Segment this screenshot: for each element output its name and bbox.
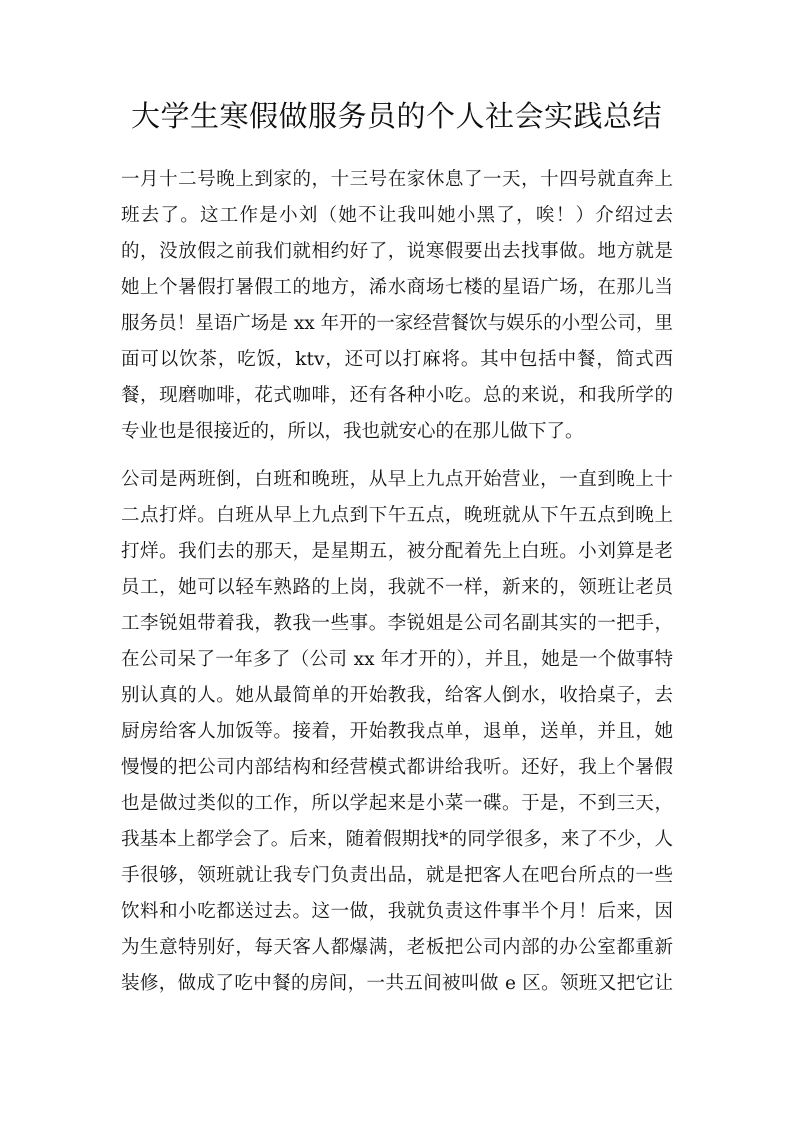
- text-line: 餐，现磨咖啡，花式咖啡，还有各种小吃。总的来说，和我所学的: [121, 378, 673, 414]
- text-line: 公司是两班倒，白班和晚班，从早上九点开始营业，一直到晚上十: [121, 462, 673, 498]
- text-line: 为生意特别好，每天客人都爆满，老板把公司内部的办公室都重新: [121, 930, 673, 966]
- text-line: 专业也是很接近的，所以，我也就安心的在那儿做下了。: [121, 414, 673, 450]
- text-line: 也是做过类似的工作，所以学起来是小菜一碟。于是，不到三天，: [121, 786, 673, 822]
- text-line: 工李锐姐带着我，教我一些事。李锐姐是公司名副其实的一把手，: [121, 606, 673, 642]
- text-line: 装修，做成了吃中餐的房间，一共五间被叫做 e 区。领班又把它让: [121, 966, 673, 1002]
- text-line: 打烊。我们去的那天，是星期五，被分配着先上白班。小刘算是老: [121, 534, 673, 570]
- text-line: 在公司呆了一年多了（公司 xx 年才开的），并且，她是一个做事特: [121, 642, 673, 678]
- text-line: 一月十二号晚上到家的，十三号在家休息了一天，十四号就直奔上: [121, 162, 673, 198]
- text-line: 慢慢的把公司内部结构和经营模式都讲给我听。还好，我上个暑假: [121, 750, 673, 786]
- text-line: 饮料和小吃都送过去。这一做，我就负责这件事半个月！后来，因: [121, 894, 673, 930]
- text-line: 班去了。这工作是小刘（她不让我叫她小黑了，唉！）介绍过去: [121, 198, 673, 234]
- paragraph-2: 公司是两班倒，白班和晚班，从早上九点开始营业，一直到晚上十 二点打烊。白班从早上…: [121, 462, 673, 1002]
- text-line: 厨房给客人加饭等。接着，开始教我点单，退单，送单，并且，她: [121, 714, 673, 750]
- text-line: 员工，她可以轻车熟路的上岗，我就不一样，新来的，领班让老员: [121, 570, 673, 606]
- text-line: 二点打烊。白班从早上九点到下午五点，晚班就从下午五点到晚上: [121, 498, 673, 534]
- text-line: 面可以饮茶，吃饭，ktv，还可以打麻将。其中包括中餐，简式西: [121, 342, 673, 378]
- text-line: 我基本上都学会了。后来，随着假期找*的同学很多，来了不少，人: [121, 822, 673, 858]
- text-line: 手很够，领班就让我专门负责出品，就是把客人在吧台所点的一些: [121, 858, 673, 894]
- document-page: 大学生寒假做服务员的个人社会实践总结 一月十二号晚上到家的，十三号在家休息了一天…: [0, 0, 793, 1122]
- text-line: 服务员！星语广场是 xx 年开的一家经营餐饮与娱乐的小型公司，里: [121, 306, 673, 342]
- paragraph-1: 一月十二号晚上到家的，十三号在家休息了一天，十四号就直奔上 班去了。这工作是小刘…: [121, 162, 673, 450]
- document-title: 大学生寒假做服务员的个人社会实践总结: [0, 96, 793, 136]
- text-line: 别认真的人。她从最简单的开始教我，给客人倒水，收拾桌子，去: [121, 678, 673, 714]
- text-line: 的，没放假之前我们就相约好了，说寒假要出去找事做。地方就是: [121, 234, 673, 270]
- text-line: 她上个暑假打暑假工的地方，浠水商场七楼的星语广场，在那儿当: [121, 270, 673, 306]
